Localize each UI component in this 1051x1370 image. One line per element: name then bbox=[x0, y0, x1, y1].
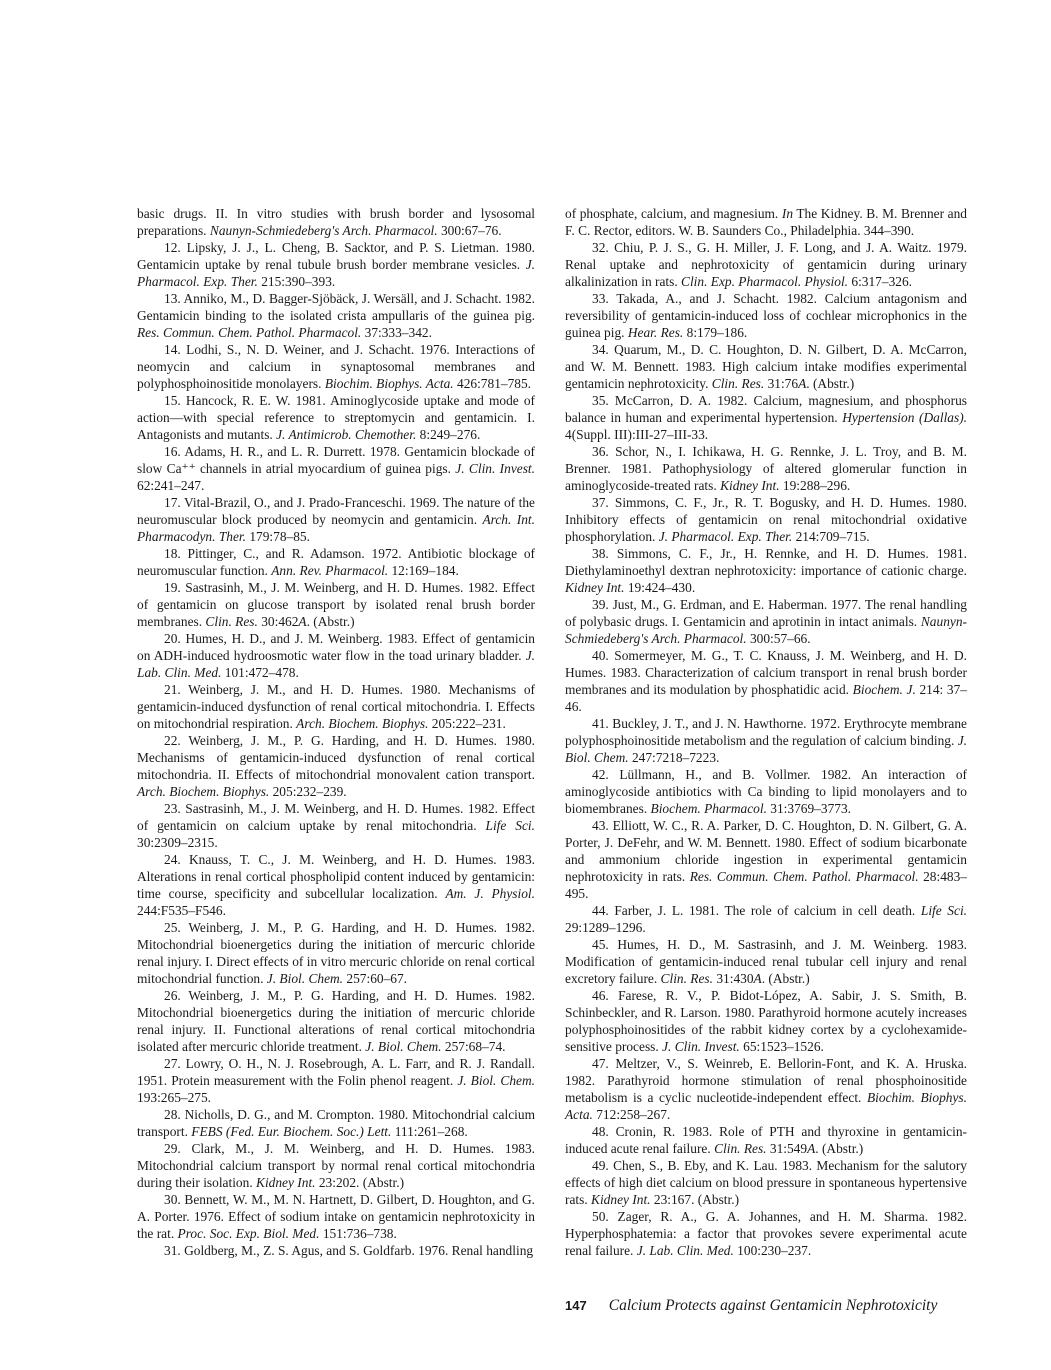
reference-entry: 34. Quarum, M., D. C. Houghton, D. N. Gi… bbox=[565, 341, 967, 392]
journal-title: Clin. Res. bbox=[714, 1141, 766, 1156]
reference-entry: 18. Pittinger, C., and R. Adamson. 1972.… bbox=[137, 545, 535, 579]
reference-entry: 27. Lowry, O. H., N. J. Rosebrough, A. L… bbox=[137, 1055, 535, 1106]
reference-text: 215:390–393. bbox=[258, 274, 335, 289]
reference-text: 101:472–478. bbox=[221, 665, 298, 680]
journal-title: Arch. Biochem. Biophys. bbox=[296, 716, 428, 731]
page-number: 147 bbox=[565, 1298, 605, 1313]
reference-entry: 41. Buckley, J. T., and J. N. Hawthorne.… bbox=[565, 715, 967, 766]
reference-entry: 42. Lüllmann, H., and B. Vollmer. 1982. … bbox=[565, 766, 967, 817]
reference-entry: 17. Vital-Brazil, O., and J. Prado-Franc… bbox=[137, 494, 535, 545]
reference-entry: 45. Humes, H. D., M. Sastrasinh, and J. … bbox=[565, 936, 967, 987]
journal-title: J. Biol. Chem. bbox=[365, 1039, 441, 1054]
reference-text: 6:317–326. bbox=[848, 274, 912, 289]
reference-entry: 16. Adams, H. R., and L. R. Durrett. 197… bbox=[137, 443, 535, 494]
reference-entry: 37. Simmons, C. F., Jr., R. T. Bogusky, … bbox=[565, 494, 967, 545]
journal-title: Kidney Int. bbox=[591, 1192, 651, 1207]
reference-entry: 22. Weinberg, J. M., P. G. Harding, and … bbox=[137, 732, 535, 800]
reference-text: 39. Just, M., G. Erdman, and E. Haberman… bbox=[565, 597, 967, 629]
reference-text: 31:549 bbox=[767, 1141, 808, 1156]
reference-entry: 19. Sastrasinh, M., J. M. Weinberg, and … bbox=[137, 579, 535, 630]
reference-text: . (Abstr.) bbox=[307, 614, 355, 629]
reference-text: 38. Simmons, C. F., Jr., H. Rennke, and … bbox=[565, 546, 967, 578]
journal-title: Proc. Soc. Exp. Biol. Med. bbox=[178, 1226, 320, 1241]
reference-entry: 47. Meltzer, V., S. Weinreb, E. Bellorin… bbox=[565, 1055, 967, 1123]
reference-entry: 20. Humes, H. D., and J. M. Weinberg. 19… bbox=[137, 630, 535, 681]
reference-text: 22. Weinberg, J. M., P. G. Harding, and … bbox=[137, 733, 535, 782]
reference-text: 179:78–85. bbox=[246, 529, 310, 544]
journal-title: Biochem. Pharmacol. bbox=[651, 801, 767, 816]
reference-entry: 30. Bennett, W. M., M. N. Hartnett, D. G… bbox=[137, 1191, 535, 1242]
reference-text: 151:736–738. bbox=[319, 1226, 396, 1241]
journal-title: Ann. Rev. Pharmacol. bbox=[271, 563, 388, 578]
reference-text: 111:261–268. bbox=[391, 1124, 467, 1139]
reference-entry: 13. Anniko, M., D. Bagger-Sjöbäck, J. We… bbox=[137, 290, 535, 341]
journal-title: Biochem. J. bbox=[853, 682, 916, 697]
reference-entry: 35. McCarron, D. A. 1982. Calcium, magne… bbox=[565, 392, 967, 443]
reference-text: 31:430 bbox=[713, 971, 754, 986]
running-title: Calcium Protects against Gentamicin Neph… bbox=[609, 1297, 938, 1314]
reference-text: 23. Sastrasinh, M., J. M. Weinberg, and … bbox=[137, 801, 535, 833]
journal-title: Life Sci. bbox=[486, 818, 535, 833]
reference-text: 205:232–239. bbox=[269, 784, 346, 799]
reference-entry: 33. Takada, A., and J. Schacht. 1982. Ca… bbox=[565, 290, 967, 341]
journal-title: Clin. Res. bbox=[712, 376, 764, 391]
journal-title: J. Lab. Clin. Med. bbox=[637, 1243, 734, 1258]
reference-text: 300:67–76. bbox=[438, 223, 502, 238]
reference-text: 30:462 bbox=[258, 614, 299, 629]
reference-text: 44. Farber, J. L. 1981. The role of calc… bbox=[592, 903, 921, 918]
reference-text: 257:60–67. bbox=[343, 971, 407, 986]
reference-text: of phosphate, calcium, and magnesium. bbox=[565, 206, 782, 221]
reference-text: 31:3769–3773. bbox=[767, 801, 851, 816]
journal-title: Am. J. Physiol. bbox=[445, 886, 535, 901]
reference-entry: 23. Sastrasinh, M., J. M. Weinberg, and … bbox=[137, 800, 535, 851]
reference-text: 8:249–276. bbox=[416, 427, 480, 442]
reference-entry: 14. Lodhi, S., N. D. Weiner, and J. Scha… bbox=[137, 341, 535, 392]
journal-title: FEBS (Fed. Eur. Biochem. Soc.) Lett. bbox=[191, 1124, 391, 1139]
journal-title: Res. Commun. Chem. Pathol. Pharmacol. bbox=[137, 325, 361, 340]
journal-title: J. Biol. Chem. bbox=[457, 1073, 535, 1088]
journal-title: Biochim. Biophys. Acta. bbox=[325, 376, 454, 391]
reference-text: 257:68–74. bbox=[442, 1039, 506, 1054]
journal-title: In bbox=[782, 206, 793, 221]
reference-text: 37:333–342. bbox=[361, 325, 432, 340]
journal-title: Naunyn-Schmiedeberg's Arch. Pharmacol. bbox=[210, 223, 438, 238]
reference-text: . (Abstr.) bbox=[806, 376, 854, 391]
reference-entry: 26. Weinberg, J. M., P. G. Harding, and … bbox=[137, 987, 535, 1055]
reference-entry: 25. Weinberg, J. M., P. G. Harding, and … bbox=[137, 919, 535, 987]
page-footer: 147 Calcium Protects against Gentamicin … bbox=[565, 1297, 937, 1315]
reference-entry: 36. Schor, N., I. Ichikawa, H. G. Rennke… bbox=[565, 443, 967, 494]
journal-title: Arch. Biochem. Biophys. bbox=[137, 784, 269, 799]
reference-text: 23:202. (Abstr.) bbox=[316, 1175, 405, 1190]
reference-text: 31. Goldberg, M., Z. S. Agus, and S. Gol… bbox=[164, 1243, 533, 1258]
reference-entry: 50. Zager, R. A., G. A. Johannes, and H.… bbox=[565, 1208, 967, 1259]
reference-entry: 44. Farber, J. L. 1981. The role of calc… bbox=[565, 902, 967, 936]
reference-entry: 43. Elliott, W. C., R. A. Parker, D. C. … bbox=[565, 817, 967, 902]
reference-text: 13. Anniko, M., D. Bagger-Sjöbäck, J. We… bbox=[137, 291, 535, 323]
reference-entry: 29. Clark, M., J. M. Weinberg, and H. D.… bbox=[137, 1140, 535, 1191]
reference-text: 12. Lipsky, J. J., L. Cheng, B. Sacktor,… bbox=[137, 240, 535, 272]
reference-text: 4(Suppl. III):III-27–III-33. bbox=[565, 427, 708, 442]
journal-title: A bbox=[298, 614, 306, 629]
journal-title: Clin. Res. bbox=[205, 614, 257, 629]
reference-continuation: basic drugs. II. In vitro studies with b… bbox=[137, 205, 535, 239]
reference-entry: 40. Somermeyer, M. G., T. C. Knauss, J. … bbox=[565, 647, 967, 715]
journal-title: Res. Commun. Chem. Pathol. Pharmacol. bbox=[690, 869, 919, 884]
reference-text: 205:222–231. bbox=[428, 716, 505, 731]
reference-text: . (Abstr.) bbox=[815, 1141, 863, 1156]
reference-entry: 32. Chiu, P. J. S., G. H. Miller, J. F. … bbox=[565, 239, 967, 290]
reference-text: 426:781–785. bbox=[454, 376, 531, 391]
reference-entry: 12. Lipsky, J. J., L. Cheng, B. Sacktor,… bbox=[137, 239, 535, 290]
reference-text: 8:179–186. bbox=[683, 325, 747, 340]
reference-entry: 28. Nicholls, D. G., and M. Crompton. 19… bbox=[137, 1106, 535, 1140]
reference-text: 214:709–715. bbox=[792, 529, 869, 544]
journal-title: Hear. Res. bbox=[628, 325, 683, 340]
reference-text: 41. Buckley, J. T., and J. N. Hawthorne.… bbox=[565, 716, 967, 748]
journal-title: J. Pharmacol. Exp. Ther. bbox=[659, 529, 793, 544]
reference-text: 20. Humes, H. D., and J. M. Weinberg. 19… bbox=[137, 631, 535, 663]
reference-entry: 15. Hancock, R. E. W. 1981. Aminoglycosi… bbox=[137, 392, 535, 443]
reference-text: 29:1289–1296. bbox=[565, 920, 646, 935]
journal-title: Kidney Int. bbox=[256, 1175, 316, 1190]
reference-entry: 21. Weinberg, J. M., and H. D. Humes. 19… bbox=[137, 681, 535, 732]
reference-text: 244:F535–F546. bbox=[137, 903, 226, 918]
reference-list-right-column: of phosphate, calcium, and magnesium. In… bbox=[565, 205, 967, 1259]
reference-entry: 39. Just, M., G. Erdman, and E. Haberman… bbox=[565, 596, 967, 647]
reference-text: 33. Takada, A., and J. Schacht. 1982. Ca… bbox=[565, 291, 967, 340]
reference-text: 19:288–296. bbox=[780, 478, 851, 493]
journal-title: Kidney Int. bbox=[720, 478, 780, 493]
reference-text: 17. Vital-Brazil, O., and J. Prado-Franc… bbox=[137, 495, 535, 527]
journal-title: Life Sci. bbox=[921, 903, 967, 918]
reference-entry: 46. Farese, R. V., P. Bidot-López, A. Sa… bbox=[565, 987, 967, 1055]
reference-text: 300:57–66. bbox=[747, 631, 811, 646]
reference-text: 23:167. (Abstr.) bbox=[651, 1192, 740, 1207]
reference-text: 247:7218–7223. bbox=[629, 750, 720, 765]
journal-title: J. Clin. Invest. bbox=[455, 461, 535, 476]
reference-entry: 48. Cronin, R. 1983. Role of PTH and thy… bbox=[565, 1123, 967, 1157]
journal-title: J. Biol. Chem. bbox=[267, 971, 343, 986]
journal-title: J. Clin. Invest. bbox=[662, 1039, 740, 1054]
reference-text: 100:230–237. bbox=[734, 1243, 811, 1258]
reference-text: 31:76 bbox=[764, 376, 798, 391]
reference-entry: 24. Knauss, T. C., J. M. Weinberg, and H… bbox=[137, 851, 535, 919]
reference-text: 19:424–430. bbox=[625, 580, 696, 595]
reference-list-left-column: basic drugs. II. In vitro studies with b… bbox=[137, 205, 535, 1259]
reference-entry: 38. Simmons, C. F., Jr., H. Rennke, and … bbox=[565, 545, 967, 596]
reference-text: 65:1523–1526. bbox=[740, 1039, 824, 1054]
journal-title: A bbox=[754, 971, 762, 986]
reference-entry: 31. Goldberg, M., Z. S. Agus, and S. Gol… bbox=[137, 1242, 535, 1259]
reference-entry: 49. Chen, S., B. Eby, and K. Lau. 1983. … bbox=[565, 1157, 967, 1208]
reference-text: 30:2309–2315. bbox=[137, 835, 218, 850]
journal-title: Hypertension (Dallas). bbox=[842, 410, 967, 425]
reference-text: 62:241–247. bbox=[137, 478, 204, 493]
journal-title: Clin. Res. bbox=[661, 971, 713, 986]
journal-title: J. Antimicrob. Chemother. bbox=[276, 427, 416, 442]
reference-continuation: of phosphate, calcium, and magnesium. In… bbox=[565, 205, 967, 239]
reference-text: 12:169–184. bbox=[388, 563, 459, 578]
reference-text: 193:265–275. bbox=[137, 1090, 211, 1105]
reference-text: 712:258–267. bbox=[593, 1107, 670, 1122]
journal-title: Clin. Exp. Pharmacol. Physiol. bbox=[681, 274, 848, 289]
journal-title: Kidney Int. bbox=[565, 580, 625, 595]
reference-text: . (Abstr.) bbox=[762, 971, 810, 986]
